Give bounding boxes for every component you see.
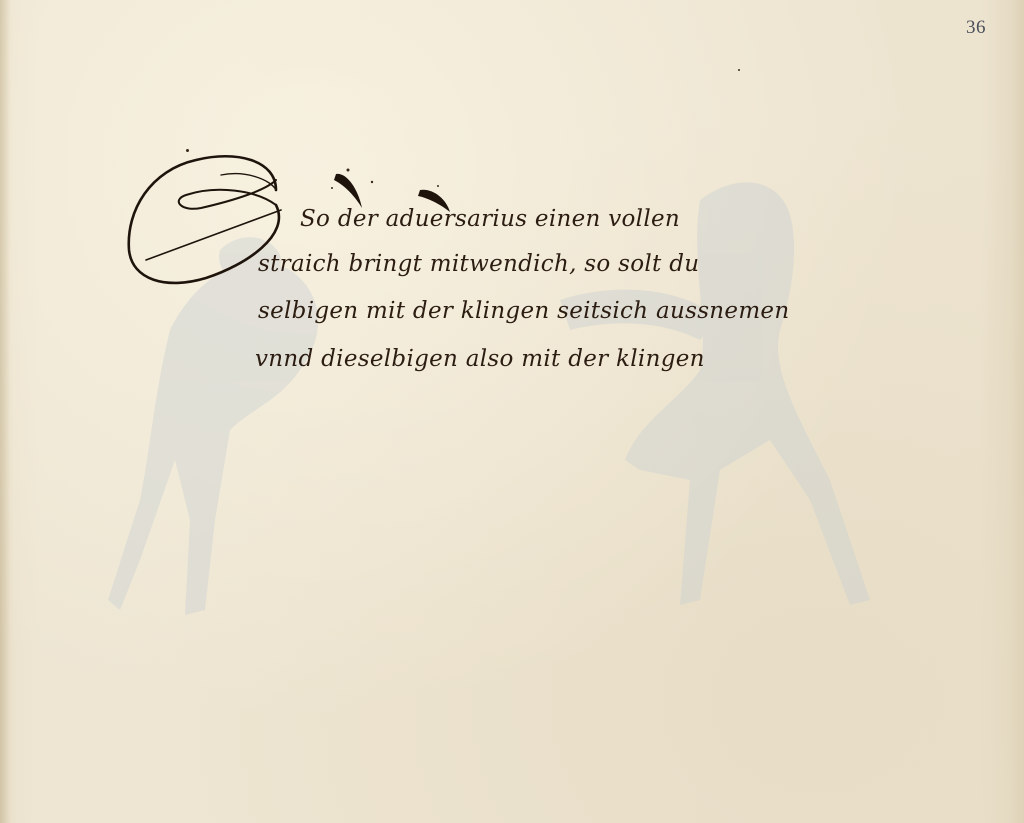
ink-speck	[186, 149, 189, 152]
text-line-4: vnnd dieselbigen also mit der klingen	[255, 346, 705, 372]
ink-speck	[738, 69, 740, 71]
text-line-2: straich bringt mitwendich, so solt du	[258, 251, 699, 277]
manuscript-page: 36 So der aduersarius einen vollen strai…	[0, 0, 1024, 823]
text-line-3: selbigen mit der klingen seitsich aussne…	[258, 298, 789, 324]
manuscript-text: So der aduersarius einen vollen straich …	[0, 0, 1024, 823]
text-line-1: So der aduersarius einen vollen	[300, 206, 680, 232]
